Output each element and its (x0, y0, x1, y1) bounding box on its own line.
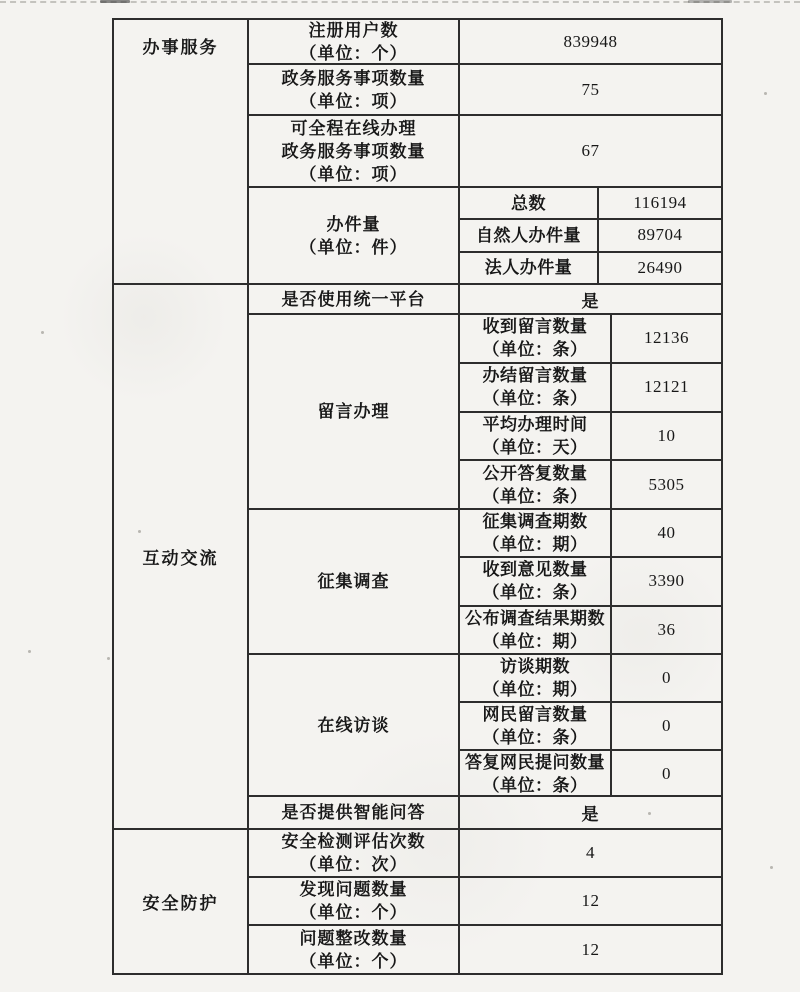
sub-label-line: 收到留言数量 (483, 315, 588, 338)
sub-label-line: （单位：期） (483, 678, 588, 701)
table-row: 问题整改数量 （单位：个） 12 (249, 926, 721, 973)
sub-row: 访谈期数 （单位：期） 0 (460, 655, 721, 703)
item-label-line: （单位：件） (300, 236, 408, 259)
item-label-line: 可全程在线办理 (291, 117, 417, 140)
sub-label: 征集调查期数 （单位：期） (460, 510, 612, 556)
item-value: 839948 (460, 20, 721, 63)
table-row: 是否提供智能问答 是 (249, 797, 721, 828)
section-body: 安全检测评估次数 （单位：次） 4 发现问题数量 （单位：个） 12 问题整改数… (249, 830, 721, 973)
sub-table: 征集调查期数 （单位：期） 40 收到意见数量 （单位：条） 3390 (460, 510, 721, 653)
sub-value: 26490 (599, 253, 721, 283)
sub-label: 答复网民提问数量 （单位：条） (460, 751, 612, 797)
sub-label-line: （单位：条） (483, 338, 588, 361)
table-row: 可全程在线办理 政务服务事项数量 （单位：项） 67 (249, 116, 721, 188)
category-cell-security: 安全防护 (114, 830, 249, 973)
sub-label-line: 网民留言数量 (483, 703, 588, 726)
category-label: 安全防护 (143, 889, 219, 914)
section-security: 安全防护 安全检测评估次数 （单位：次） 4 发现问题数量 （单位：个） 12 … (114, 830, 721, 973)
table-row: 注册用户数 （单位：个） 839948 (249, 20, 721, 65)
report-table: 办事服务 注册用户数 （单位：个） 839948 政务服务事项数量 （单位：项）… (112, 18, 723, 975)
item-label-line: 安全检测评估次数 (282, 830, 426, 853)
sub-label: 办结留言数量 （单位：条） (460, 364, 612, 411)
sub-value: 0 (612, 703, 721, 749)
table-row: 在线访谈 访谈期数 （单位：期） 0 网民留言数量 （单位：条） (249, 655, 721, 797)
sub-label-line: 答复网民提问数量 (465, 751, 605, 774)
item-label: 问题整改数量 （单位：个） (249, 926, 460, 973)
item-label-line: （单位：个） (300, 901, 408, 924)
item-label: 可全程在线办理 政务服务事项数量 （单位：项） (249, 116, 460, 186)
item-label-line: 政务服务事项数量 (282, 67, 426, 90)
scan-speck (41, 331, 44, 334)
sub-label-line: 访谈期数 (500, 655, 570, 678)
scan-speck (107, 657, 110, 660)
sub-label-line: 办结留言数量 (483, 364, 588, 387)
sub-row: 总数 116194 (460, 188, 721, 220)
sub-value: 10 (612, 413, 721, 460)
sub-label-line: 征集调查期数 (483, 510, 588, 533)
item-label-line: 发现问题数量 (300, 878, 408, 901)
sub-label-line: 总数 (511, 192, 546, 215)
scan-artifact-dash (688, 0, 732, 3)
sub-label-line: （单位：天） (483, 436, 588, 459)
item-label-line: （单位：个） (300, 950, 408, 973)
sub-row: 收到留言数量 （单位：条） 12136 (460, 315, 721, 364)
category-cell-service: 办事服务 (114, 20, 249, 283)
section-body: 注册用户数 （单位：个） 839948 政务服务事项数量 （单位：项） 75 可… (249, 20, 721, 283)
item-label: 是否提供智能问答 (249, 797, 460, 828)
table-row: 留言办理 收到留言数量 （单位：条） 12136 办结留言数量 （单位：条） (249, 315, 721, 510)
sub-row: 平均办理时间 （单位：天） 10 (460, 413, 721, 462)
sub-label: 自然人办件量 (460, 220, 599, 250)
category-label: 互动交流 (143, 544, 219, 569)
table-row: 安全检测评估次数 （单位：次） 4 (249, 830, 721, 878)
sub-label: 访谈期数 （单位：期） (460, 655, 612, 701)
sub-label-line: 公布调查结果期数 (465, 607, 605, 630)
item-label-line: 征集调查 (318, 570, 390, 593)
item-label-line: 办件量 (327, 213, 381, 236)
scan-speck (770, 866, 773, 869)
item-value: 是 (460, 797, 721, 828)
sub-table: 收到留言数量 （单位：条） 12136 办结留言数量 （单位：条） 12121 (460, 315, 721, 508)
sub-label: 法人办件量 (460, 253, 599, 283)
item-label: 安全检测评估次数 （单位：次） (249, 830, 460, 876)
sub-label: 公布调查结果期数 （单位：期） (460, 607, 612, 653)
item-label: 是否使用统一平台 (249, 285, 460, 313)
sub-label: 网民留言数量 （单位：条） (460, 703, 612, 749)
sub-row: 公布调查结果期数 （单位：期） 36 (460, 607, 721, 653)
category-cell-interaction: 互动交流 (114, 285, 249, 828)
item-label-line: 是否使用统一平台 (282, 288, 426, 311)
item-value: 12 (460, 878, 721, 924)
section-service: 办事服务 注册用户数 （单位：个） 839948 政务服务事项数量 （单位：项）… (114, 20, 721, 285)
item-label: 留言办理 (249, 315, 460, 508)
sub-table: 总数 116194 自然人办件量 89704 法人办件量 (460, 188, 721, 283)
sub-label-line: （单位：条） (483, 774, 588, 797)
item-label-line: 政务服务事项数量 (282, 140, 426, 163)
sub-row: 法人办件量 26490 (460, 253, 721, 283)
scan-artifact-dash (100, 0, 130, 3)
item-label: 征集调查 (249, 510, 460, 653)
sub-label: 收到留言数量 （单位：条） (460, 315, 612, 362)
item-value: 67 (460, 116, 721, 186)
sub-value: 40 (612, 510, 721, 556)
sub-label-line: 平均办理时间 (483, 413, 588, 436)
item-label: 政务服务事项数量 （单位：项） (249, 65, 460, 114)
sub-label-line: （单位：条） (483, 581, 588, 604)
sub-value: 5305 (612, 461, 721, 508)
sub-row: 收到意见数量 （单位：条） 3390 (460, 558, 721, 606)
table-row: 办件量 （单位：件） 总数 116194 自然人办件量 89704 (249, 188, 721, 283)
sub-label-line: （单位：条） (483, 485, 588, 508)
table-row: 发现问题数量 （单位：个） 12 (249, 878, 721, 926)
category-label: 办事服务 (143, 33, 219, 58)
sub-row: 答复网民提问数量 （单位：条） 0 (460, 751, 721, 797)
sub-value: 3390 (612, 558, 721, 604)
item-value: 12 (460, 926, 721, 973)
item-label-line: （单位：项） (300, 90, 408, 113)
sub-value: 0 (612, 751, 721, 797)
sub-value: 116194 (599, 188, 721, 218)
sub-label-line: （单位：期） (483, 533, 588, 556)
item-label: 办件量 （单位：件） (249, 188, 460, 283)
item-label-line: 留言办理 (318, 400, 390, 423)
sub-value: 89704 (599, 220, 721, 250)
sub-label-line: 公开答复数量 (483, 462, 588, 485)
sub-label-line: 法人办件量 (485, 256, 573, 279)
sub-label-line: 收到意见数量 (483, 558, 588, 581)
sub-label: 公开答复数量 （单位：条） (460, 461, 612, 508)
item-label: 发现问题数量 （单位：个） (249, 878, 460, 924)
sub-value: 12136 (612, 315, 721, 362)
sub-row: 征集调查期数 （单位：期） 40 (460, 510, 721, 558)
item-label-line: （单位：次） (300, 853, 408, 876)
scan-speck (28, 650, 31, 653)
table-row: 政务服务事项数量 （单位：项） 75 (249, 65, 721, 116)
item-value: 4 (460, 830, 721, 876)
sub-label-line: （单位：条） (483, 726, 588, 749)
item-label-line: （单位：个） (300, 42, 408, 65)
item-label-line: 问题整改数量 (300, 927, 408, 950)
sub-table: 访谈期数 （单位：期） 0 网民留言数量 （单位：条） 0 (460, 655, 721, 795)
sub-label-line: 自然人办件量 (476, 224, 581, 247)
sub-label-line: （单位：期） (483, 630, 588, 653)
sub-value: 0 (612, 655, 721, 701)
item-label: 注册用户数 （单位：个） (249, 20, 460, 63)
section-interaction: 互动交流 是否使用统一平台 是 留言办理 收到留言数量 （单位：条） (114, 285, 721, 830)
scan-speck (764, 92, 767, 95)
item-value: 75 (460, 65, 721, 114)
sub-row: 网民留言数量 （单位：条） 0 (460, 703, 721, 751)
sub-row: 办结留言数量 （单位：条） 12121 (460, 364, 721, 413)
section-body: 是否使用统一平台 是 留言办理 收到留言数量 （单位：条） 12136 (249, 285, 721, 828)
item-label: 在线访谈 (249, 655, 460, 795)
sub-row: 公开答复数量 （单位：条） 5305 (460, 461, 721, 508)
sub-value: 12121 (612, 364, 721, 411)
sub-label: 收到意见数量 （单位：条） (460, 558, 612, 604)
sub-value: 36 (612, 607, 721, 653)
sub-row: 自然人办件量 89704 (460, 220, 721, 252)
table-row: 是否使用统一平台 是 (249, 285, 721, 315)
item-label-line: 在线访谈 (318, 714, 390, 737)
sub-label: 平均办理时间 （单位：天） (460, 413, 612, 460)
sub-label-line: （单位：条） (483, 387, 588, 410)
item-label-line: 是否提供智能问答 (282, 801, 426, 824)
item-label-line: 注册用户数 (309, 19, 399, 42)
sub-label: 总数 (460, 188, 599, 218)
item-label-line: （单位：项） (300, 163, 408, 186)
table-row: 征集调查 征集调查期数 （单位：期） 40 收到意见数量 （单位：条） (249, 510, 721, 655)
item-value: 是 (460, 285, 721, 313)
